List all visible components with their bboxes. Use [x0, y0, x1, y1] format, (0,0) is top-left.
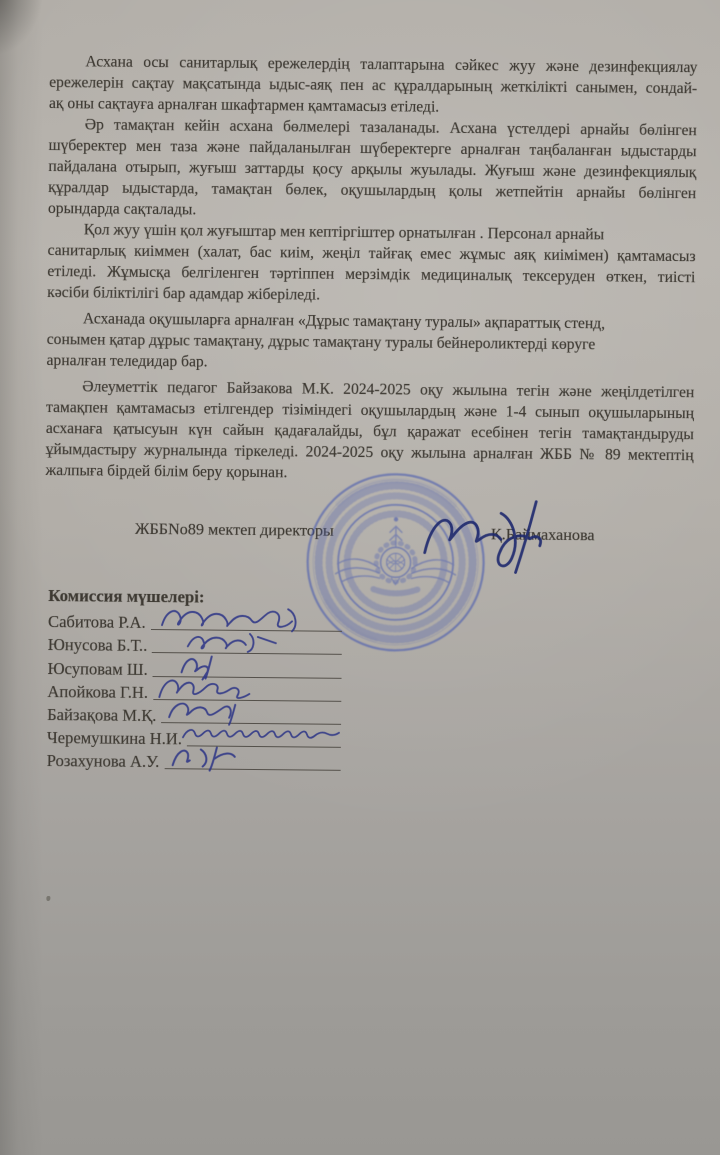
- member-name: Юсуповам Ш.: [48, 659, 148, 680]
- member-name: Сабитова Р.А.: [48, 612, 146, 633]
- director-signature: [416, 493, 567, 589]
- paragraph: Асханада оқушыларға арналған «Дұрыс тама…: [46, 308, 695, 377]
- paragraph: Қол жуу үшін қол жуғыштар мен кептіргішт…: [47, 219, 696, 309]
- paragraph: Әр тамақтан кейін асхана бөлмелері тазал…: [48, 114, 697, 225]
- member-name: Розахунова А.У.: [47, 751, 160, 772]
- commission-section: Комиссия мүшелері: Сабитова Р.А. Юнусова…: [47, 586, 343, 774]
- paragraph: Асхана осы санитарлық ережелердің талапт…: [49, 51, 698, 120]
- document-photo: Асхана осы санитарлық ережелердің талапт…: [0, 0, 720, 1155]
- paper-speck: [46, 896, 50, 901]
- document-body: Асхана осы санитарлық ережелердің талапт…: [45, 51, 697, 487]
- member-name: Апойкова Г.Н.: [47, 682, 148, 703]
- member-name: Юнусова Б.Т..: [48, 635, 148, 656]
- member-name: Байзақова М.Қ.: [47, 705, 156, 726]
- member-signature: [155, 740, 305, 773]
- commission-member-row: Розахунова А.У.: [47, 748, 341, 774]
- paper-sheet: Асхана осы санитарлық ережелердің талапт…: [0, 0, 720, 1155]
